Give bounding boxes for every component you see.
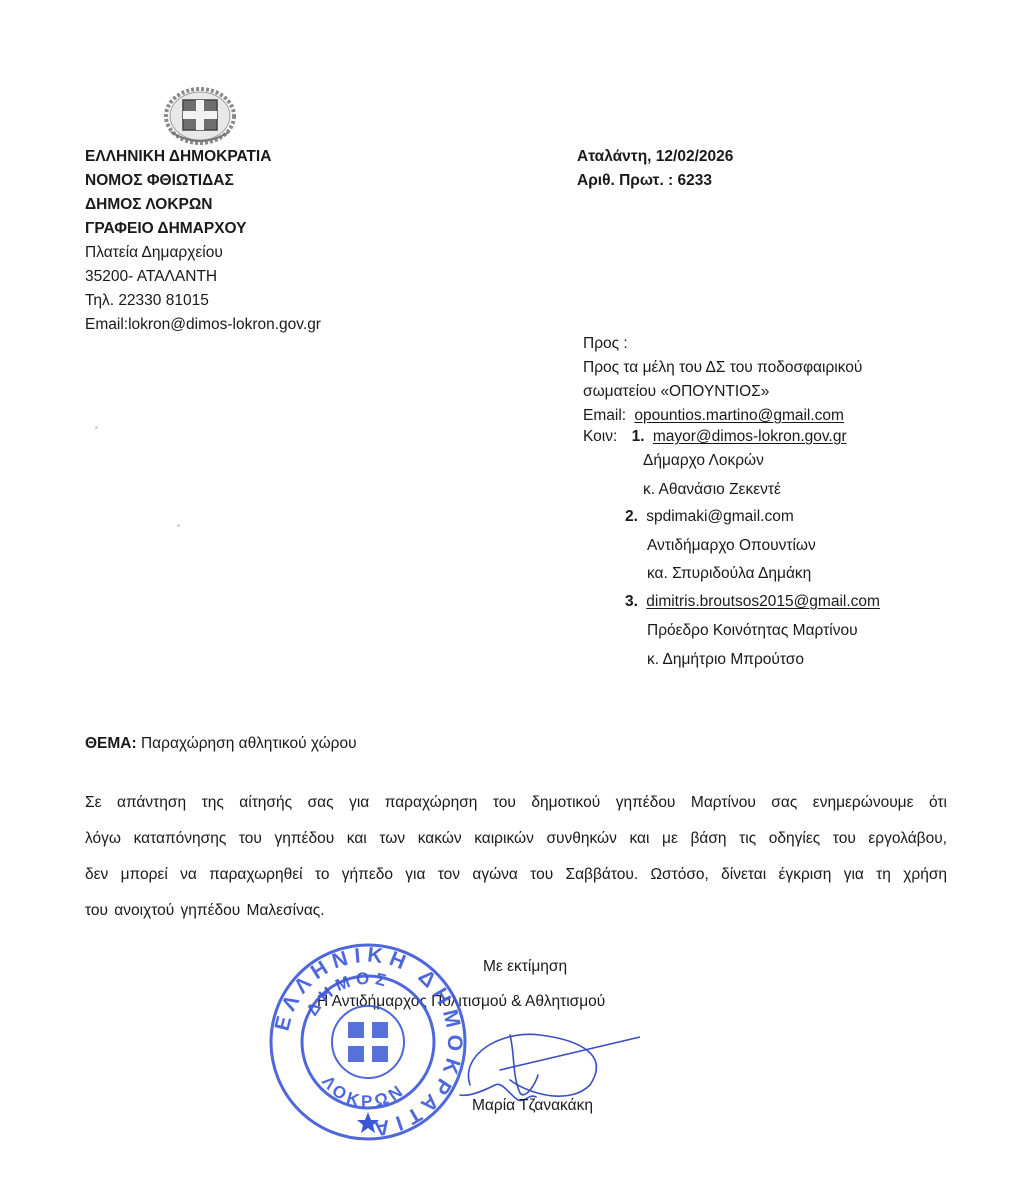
body-paragraph: Σε απάντηση της αίτησής σας για παραχώρη…	[85, 785, 947, 929]
email-label: Email:	[583, 407, 626, 424]
body-line: λόγω καταπόνησης του γηπέδου και των κακ…	[85, 821, 947, 857]
body-line: δεν μπορεί να παραχωρηθεί το γήπεδο για …	[85, 857, 947, 893]
sender-country: ΕΛΛΗΝΙΚΗ ΔΗΜΟΚΡΑΤΙΑ	[85, 145, 321, 169]
signer-name: Μαρία Τζανακάκη	[472, 1097, 593, 1115]
sender-block: ΕΛΛΗΝΙΚΗ ΔΗΜΟΚΡΑΤΙΑ ΝΟΜΟΣ ΦΘΙΩΤΙΔΑΣ ΔΗΜΟ…	[85, 145, 321, 337]
sender-prefecture: ΝΟΜΟΣ ΦΘΙΩΤΙΔΑΣ	[85, 169, 321, 193]
sender-address: Πλατεία Δημαρχείου	[85, 241, 321, 265]
greek-coat-of-arms-icon	[163, 86, 237, 146]
official-stamp-icon: ΕΛΛΗΝΙΚΗ ΔΗΜΟΚΡΑΤΙΑ ΔΗΜΟΣ ΛΟΚΡΩΝ	[268, 942, 468, 1142]
cc-name: κ. Αθανάσιο Ζεκεντέ	[643, 481, 781, 499]
sender-office: ΓΡΑΦΕΙΟ ΔΗΜΑΡΧΟΥ	[85, 217, 321, 241]
to-label: Προς :	[583, 332, 862, 356]
subject-line: ΘΕΜΑ: Παραχώρηση αθλητικού χώρου	[85, 735, 357, 753]
cc-row-2: 2. spdimaki@gmail.com	[625, 508, 794, 526]
sender-municipality: ΔΗΜΟΣ ΛΟΚΡΩΝ	[85, 193, 321, 217]
scan-speck	[177, 524, 180, 527]
cc-email-link[interactable]: dimitris.broutsos2015@gmail.com	[646, 593, 880, 610]
to-line-2: σωματείου «ΟΠΟΥΝΤΙΟΣ»	[583, 380, 862, 404]
sender-email: Email:lokron@dimos-lokron.gov.gr	[85, 313, 321, 337]
closing-greeting: Με εκτίμηση	[483, 958, 567, 976]
cc-email-link[interactable]: mayor@dimos-lokron.gov.gr	[653, 428, 847, 445]
cc-email-link[interactable]: spdimaki@gmail.com	[646, 508, 794, 525]
cc-label: Κοιν:	[583, 428, 617, 445]
place-date: Αταλάντη, 12/02/2026	[577, 145, 733, 169]
cc-title: Δήμαρχο Λοκρών	[643, 452, 764, 470]
recipients-block: Προς : Προς τα μέλη του ΔΣ του ποδοσφαιρ…	[583, 332, 862, 428]
to-email-link[interactable]: opountios.martino@gmail.com	[634, 407, 844, 424]
subject-label: ΘΕΜΑ:	[85, 735, 137, 752]
cc-number: 1.	[632, 428, 645, 445]
cc-number: 3.	[625, 593, 638, 610]
subject-text: Παραχώρηση αθλητικού χώρου	[141, 735, 357, 752]
sender-postal: 35200- ΑΤΑΛΑΝΤΗ	[85, 265, 321, 289]
scan-speck	[95, 426, 98, 429]
body-line: του ανοιχτού γηπέδου Μαλεσίνας.	[85, 893, 947, 929]
to-email-row: Email: opountios.martino@gmail.com	[583, 404, 862, 428]
cc-name: κα. Σπυριδούλα Δημάκη	[647, 565, 811, 583]
to-line-1: Προς τα μέλη του ΔΣ του ποδοσφαιρικού	[583, 356, 862, 380]
cc-title: Αντιδήμαρχο Οπουντίων	[647, 537, 816, 555]
cc-title: Πρόεδρο Κοινότητας Μαρτίνου	[647, 622, 858, 640]
protocol-number: Αριθ. Πρωτ. : 6233	[577, 169, 733, 193]
date-protocol-block: Αταλάντη, 12/02/2026 Αριθ. Πρωτ. : 6233	[577, 145, 733, 193]
body-line: Σε απάντηση της αίτησής σας για παραχώρη…	[85, 785, 947, 821]
sender-phone: Τηλ. 22330 81015	[85, 289, 321, 313]
cc-number: 2.	[625, 508, 638, 525]
cc-row-3: 3. dimitris.broutsos2015@gmail.com	[625, 593, 880, 611]
cc-name: κ. Δημήτριο Μπρούτσο	[647, 651, 804, 669]
cc-row-1: Κοιν: 1. mayor@dimos-lokron.gov.gr	[583, 428, 847, 446]
